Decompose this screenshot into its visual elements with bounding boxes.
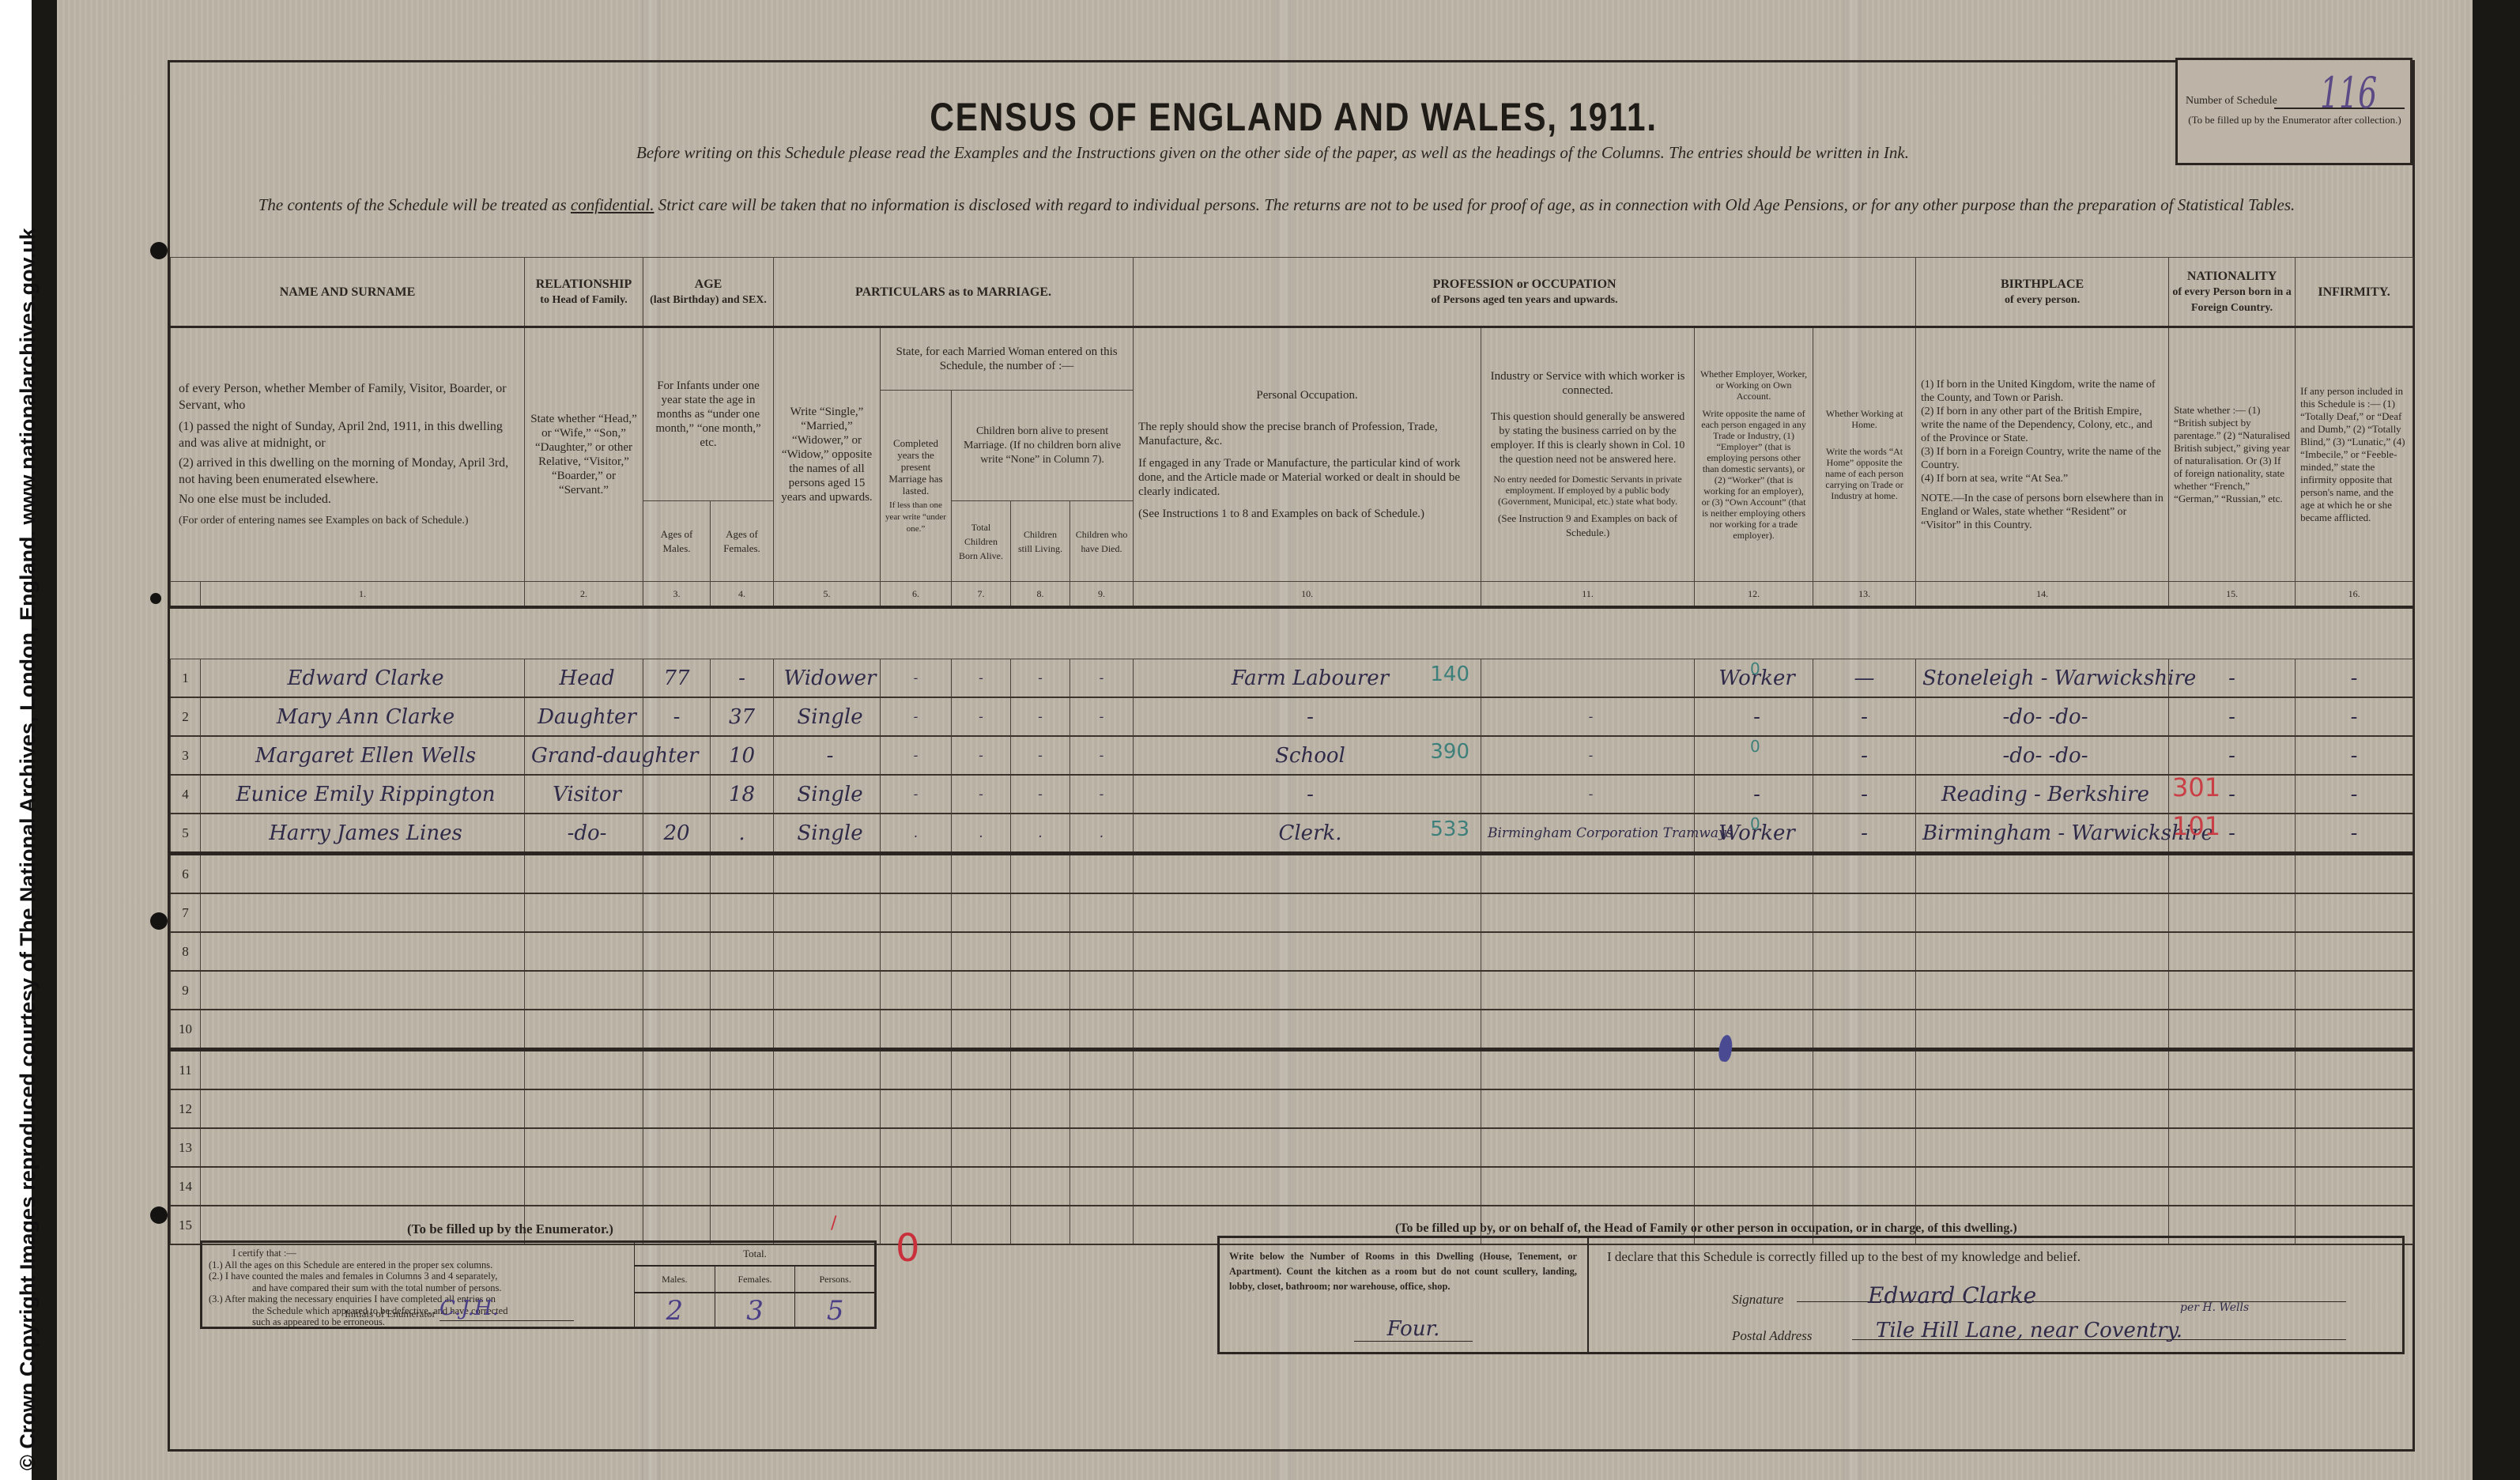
punch-hole-icon (150, 912, 168, 930)
table-row: 14 (171, 1167, 2413, 1206)
cell-home: - (1813, 814, 1916, 854)
cell-nationality (2169, 1050, 2296, 1090)
cell-name (201, 1050, 525, 1090)
cell-nationality (2169, 1010, 2296, 1050)
cell-condition: Widower (774, 659, 881, 698)
declaration-box: Write below the Number of Rooms in this … (1217, 1236, 2405, 1354)
cell-c7 (952, 1206, 1011, 1244)
cell-c6 (881, 1167, 952, 1206)
table-row: 10 (171, 1010, 2413, 1050)
col-condition-desc: Write “Single,” “Married,” “Widower,” or… (774, 327, 881, 582)
copyright-watermark: © Crown Copyright Images reproduced cour… (16, 228, 40, 1471)
table-row: 12 (171, 1089, 2413, 1128)
cell-c8 (1011, 1050, 1070, 1090)
cell-age-m: 77 (643, 659, 711, 698)
col-name-desc: of every Person, whether Member of Famil… (171, 327, 525, 582)
cell-condition (774, 1206, 881, 1244)
cell-relationship: Visitor (525, 775, 643, 814)
col-age-title: AGE(last Birthday) and SEX. (643, 258, 774, 327)
col-age-males-desc: Ages of Males. (643, 501, 711, 582)
cell-occupation (1134, 1167, 1481, 1206)
cell-age-f: 18 (711, 775, 774, 814)
declaration-text: I declare that this Schedule is correctl… (1607, 1249, 2081, 1265)
cell-c6: - (881, 736, 952, 775)
cell-c7: . (952, 814, 1011, 854)
cell-home (1813, 1010, 1916, 1050)
table-row: 4Eunice Emily RippingtonVisitor18Single-… (171, 775, 2413, 814)
row-number: 4 (171, 775, 201, 814)
cell-occupation (1134, 971, 1481, 1010)
cell-nationality (2169, 1167, 2296, 1206)
cell-infirmity (2296, 932, 2413, 971)
cell-age-m: - (643, 697, 711, 736)
cell-nationality: -101 (2169, 814, 2296, 854)
cell-name (201, 1128, 525, 1167)
household-entries: 1Edward ClarkeHead77-Widower----Farm Lab… (170, 659, 2413, 1245)
table-row: 9 (171, 971, 2413, 1010)
cell-infirmity (2296, 854, 2413, 894)
cell-relationship (525, 1010, 643, 1050)
form-title: CENSUS OF ENGLAND AND WALES, 1911. (338, 94, 2249, 140)
rooms-count-value: Four. (1354, 1317, 1473, 1342)
col-children-living-desc: Children still Living. (1011, 501, 1070, 582)
cell-employer: 0 (1695, 736, 1813, 775)
cell-c7 (952, 1050, 1011, 1090)
cell-age-f (711, 1128, 774, 1167)
cell-c6 (881, 1050, 952, 1090)
cell-industry (1481, 854, 1695, 894)
cell-infirmity (2296, 971, 2413, 1010)
cell-c6: - (881, 697, 952, 736)
household-section-title: (To be filled up by, or on behalf of, th… (1395, 1221, 2017, 1236)
cell-c9 (1070, 1050, 1134, 1090)
cell-c6 (881, 971, 952, 1010)
cell-age-f (711, 893, 774, 932)
col-nationality-desc: State whether :— (1) “British subject by… (2169, 327, 2296, 582)
schedule-number-box: Number of Schedule 116 (To be filled up … (2175, 58, 2412, 165)
cell-industry (1481, 971, 1695, 1010)
cell-employer (1695, 1010, 1813, 1050)
cell-c7 (952, 854, 1011, 894)
cell-industry: - (1481, 775, 1695, 814)
schedule-number-value: 116 (2320, 68, 2377, 118)
cell-infirmity: - (2296, 697, 2413, 736)
enumerator-initials-value: C.J.H. (439, 1297, 574, 1321)
cell-age-m (643, 775, 711, 814)
cell-c9 (1070, 893, 1134, 932)
cell-industry: Birmingham Corporation Tramways (1481, 814, 1695, 854)
cell-infirmity (2296, 1128, 2413, 1167)
row-number: 7 (171, 893, 201, 932)
red-zero-mark: 0 (896, 1226, 920, 1270)
cell-c6: - (881, 775, 952, 814)
cell-infirmity (2296, 1167, 2413, 1206)
row-number: 5 (171, 814, 201, 854)
cell-age-f (711, 1010, 774, 1050)
row-number: 10 (171, 1010, 201, 1050)
cell-c9 (1070, 971, 1134, 1010)
cell-employer: Worker0 (1695, 659, 1813, 698)
census-form: CENSUS OF ENGLAND AND WALES, 1911. Befor… (168, 60, 2415, 1452)
cell-c7 (952, 1089, 1011, 1128)
signature-value: Edward Clarke (1868, 1282, 2036, 1308)
cell-condition (774, 1167, 881, 1206)
cell-age-m (643, 1206, 711, 1244)
cell-nationality (2169, 932, 2296, 971)
cell-birthplace: Reading - Berkshire (1916, 775, 2169, 814)
cell-c8 (1011, 1089, 1070, 1128)
cell-c8 (1011, 1167, 1070, 1206)
column-subtitle-row: of every Person, whether Member of Famil… (171, 327, 2413, 391)
cell-c8 (1011, 893, 1070, 932)
cell-employer (1695, 854, 1813, 894)
cell-c9: - (1070, 736, 1134, 775)
cell-nationality (2169, 971, 2296, 1010)
col-industry-desc: Industry or Service with which worker is… (1481, 327, 1695, 582)
nationality-code: 301 (2172, 772, 2220, 802)
cell-name: Eunice Emily Rippington (201, 775, 525, 814)
cell-age-m (643, 1167, 711, 1206)
col-age-females-desc: Ages of Females. (711, 501, 774, 582)
cell-age-m: 20 (643, 814, 711, 854)
row-number: 15 (171, 1206, 201, 1244)
cell-birthplace (1916, 854, 2169, 894)
cell-birthplace (1916, 893, 2169, 932)
cell-age-m (643, 932, 711, 971)
cell-occupation (1134, 1128, 1481, 1167)
cell-employer (1695, 1167, 1813, 1206)
confidential-word: confidential. (571, 195, 655, 214)
cell-home: - (1813, 697, 1916, 736)
cell-relationship (525, 1167, 643, 1206)
total-females: 3 (715, 1293, 795, 1328)
cell-nationality: - (2169, 697, 2296, 736)
cell-c9: . (1070, 814, 1134, 854)
cell-occupation (1134, 1010, 1481, 1050)
table-row: 7 (171, 893, 2413, 932)
col-nationality-title: NATIONALITYof every Person born in a For… (2169, 258, 2296, 327)
row-number: 13 (171, 1128, 201, 1167)
cell-employer: - (1695, 775, 1813, 814)
punch-hole-icon (150, 1206, 168, 1224)
cell-c7 (952, 932, 1011, 971)
cell-age-f: 10 (711, 736, 774, 775)
cell-c8 (1011, 1206, 1070, 1244)
punch-hole-icon (150, 593, 161, 604)
col-infirmity-title: INFIRMITY. (2296, 258, 2413, 327)
row-number: 1 (171, 659, 201, 698)
cell-nationality: - (2169, 736, 2296, 775)
cell-birthplace: -do- -do- (1916, 736, 2169, 775)
postal-address-value: Tile Hill Lane, near Coventry. (1876, 1319, 2182, 1342)
total-persons: 5 (795, 1293, 875, 1328)
cell-nationality (2169, 893, 2296, 932)
cell-birthplace (1916, 1010, 2169, 1050)
occupation-code: 390 (1430, 740, 1469, 764)
table-row: 5Harry James Lines-do-20.Single....Clerk… (171, 814, 2413, 854)
cell-home (1813, 971, 1916, 1010)
cell-industry: - (1481, 736, 1695, 775)
cell-age-f (711, 932, 774, 971)
cell-c7: - (952, 697, 1011, 736)
cell-infirmity (2296, 1010, 2413, 1050)
cell-employer (1695, 1128, 1813, 1167)
cell-infirmity (2296, 893, 2413, 932)
col-occupation-title: PROFESSION or OCCUPATIONof Persons aged … (1134, 258, 1916, 327)
cell-c9 (1070, 1167, 1134, 1206)
cell-condition (774, 893, 881, 932)
table-row: 2Mary Ann ClarkeDaughter-37Single-------… (171, 697, 2413, 736)
red-tick-mark: / (831, 1214, 836, 1233)
cell-c9: - (1070, 659, 1134, 698)
cell-c8: - (1011, 659, 1070, 698)
cell-name (201, 1167, 525, 1206)
col-employer-desc: Whether Employer, Worker, or Working on … (1695, 327, 1813, 582)
col-home-desc: Whether Working at Home. Write the words… (1813, 327, 1916, 582)
row-number: 11 (171, 1050, 201, 1090)
cell-c7: - (952, 736, 1011, 775)
cell-industry (1481, 659, 1695, 698)
rooms-count-box: Write below the Number of Rooms in this … (1220, 1238, 1589, 1352)
cell-occupation: - (1134, 697, 1481, 736)
table-row: 11 (171, 1050, 2413, 1090)
enumerator-certificate: I certify that :— (1.) All the ages on t… (200, 1240, 877, 1329)
cell-name: Mary Ann Clarke (201, 697, 525, 736)
cell-c9 (1070, 932, 1134, 971)
cell-home (1813, 1050, 1916, 1090)
cell-relationship (525, 932, 643, 971)
col-relationship-desc: State whether “Head,” or “Wife,” “Son,” … (525, 327, 643, 582)
row-number: 12 (171, 1089, 201, 1128)
cell-c7 (952, 1010, 1011, 1050)
household-table: NAME AND SURNAME RELATIONSHIPto Head of … (170, 257, 2413, 609)
cell-name (201, 1010, 525, 1050)
cell-name (201, 1089, 525, 1128)
cell-c7 (952, 1167, 1011, 1206)
table-row: 8 (171, 932, 2413, 971)
cell-birthplace (1916, 1089, 2169, 1128)
cell-c8 (1011, 1128, 1070, 1167)
cell-home (1813, 932, 1916, 971)
cell-relationship: Grand-daughter (525, 736, 643, 775)
cell-employer (1695, 932, 1813, 971)
cell-birthplace (1916, 971, 2169, 1010)
table-row: 13 (171, 1128, 2413, 1167)
cell-birthplace (1916, 932, 2169, 971)
cell-industry (1481, 1010, 1695, 1050)
cell-relationship (525, 1128, 643, 1167)
cell-home: — (1813, 659, 1916, 698)
cell-c6: - (881, 659, 952, 698)
cell-c6 (881, 932, 952, 971)
cell-occupation (1134, 893, 1481, 932)
col-completed-years-desc: Completed years the present Marriage has… (881, 391, 952, 582)
cell-occupation: - (1134, 775, 1481, 814)
cell-birthplace (1916, 1128, 2169, 1167)
employer-code: 0 (1750, 659, 1760, 678)
total-males: 2 (635, 1293, 715, 1328)
cell-c9 (1070, 1128, 1134, 1167)
cell-occupation: School390 (1134, 736, 1481, 775)
employer-code: 0 (1750, 737, 1760, 756)
row-number: 9 (171, 971, 201, 1010)
cell-nationality: - (2169, 659, 2296, 698)
cell-age-m (643, 893, 711, 932)
cell-c8 (1011, 1010, 1070, 1050)
cell-age-f: - (711, 659, 774, 698)
col-personal-occupation-desc: Personal Occupation. The reply should sh… (1134, 327, 1481, 582)
cell-c9: - (1070, 697, 1134, 736)
cell-age-m (643, 1089, 711, 1128)
cell-c7 (952, 971, 1011, 1010)
cell-industry (1481, 1050, 1695, 1090)
cell-c8: - (1011, 775, 1070, 814)
cell-age-m (643, 1050, 711, 1090)
cell-employer (1695, 1050, 1813, 1090)
cell-birthplace (1916, 1050, 2169, 1090)
cell-relationship: Head (525, 659, 643, 698)
cell-condition (774, 1010, 881, 1050)
cell-c8: . (1011, 814, 1070, 854)
cell-relationship (525, 1089, 643, 1128)
cell-name: Margaret Ellen Wells (201, 736, 525, 775)
cell-birthplace (1916, 1167, 2169, 1206)
signature-label: Signature (1732, 1292, 1783, 1308)
cell-condition: Single (774, 775, 881, 814)
cell-infirmity: - (2296, 659, 2413, 698)
cell-age-m (643, 1128, 711, 1167)
cell-name: Edward Clarke (201, 659, 525, 698)
cell-employer: Worker0 (1695, 814, 1813, 854)
cell-c8 (1011, 971, 1070, 1010)
cell-name (201, 893, 525, 932)
cell-condition (774, 1128, 881, 1167)
cell-occupation (1134, 1050, 1481, 1090)
cell-name (201, 854, 525, 894)
cell-occupation: Clerk.533 (1134, 814, 1481, 854)
cell-c7 (952, 1128, 1011, 1167)
cell-c6 (881, 1128, 952, 1167)
cell-c8: - (1011, 697, 1070, 736)
cell-age-f (711, 971, 774, 1010)
occupation-code: 533 (1430, 817, 1469, 841)
postal-address-label: Postal Address (1732, 1328, 1813, 1344)
cell-age-m (643, 1010, 711, 1050)
cell-occupation: Farm Labourer140 (1134, 659, 1481, 698)
cell-c7 (952, 893, 1011, 932)
cell-relationship (525, 893, 643, 932)
cell-c9 (1070, 854, 1134, 894)
cell-condition (774, 854, 881, 894)
row-number: 14 (171, 1167, 201, 1206)
col-total-children-desc: Total Children Born Alive. (952, 501, 1011, 582)
left-margin: © Crown Copyright Images reproduced cour… (0, 0, 32, 1480)
col-birthplace-desc: (1) If born in the United Kingdom, write… (1916, 327, 2169, 582)
col-relationship-title: RELATIONSHIPto Head of Family. (525, 258, 643, 327)
cell-age-f: . (711, 814, 774, 854)
table-row: 3Margaret Ellen WellsGrand-daughter10---… (171, 736, 2413, 775)
cell-birthplace: Stoneleigh - Warwickshire (1916, 659, 2169, 698)
col-infirmity-desc: If any person included in this Schedule … (2296, 327, 2413, 582)
cell-industry (1481, 932, 1695, 971)
row-number: 6 (171, 854, 201, 894)
cell-relationship (525, 1050, 643, 1090)
cell-industry (1481, 1167, 1695, 1206)
cell-birthplace: Birmingham - Warwickshire (1916, 814, 2169, 854)
cell-industry: - (1481, 697, 1695, 736)
col-marriage-title: PARTICULARS as to MARRIAGE. (774, 258, 1134, 327)
cell-industry (1481, 1089, 1695, 1128)
cell-infirmity: - (2296, 736, 2413, 775)
cell-infirmity (2296, 1089, 2413, 1128)
table-row: 6 (171, 854, 2413, 894)
punch-hole-icon (150, 242, 168, 259)
cell-industry (1481, 1128, 1695, 1167)
cell-c7: - (952, 775, 1011, 814)
cell-c6 (881, 854, 952, 894)
cell-name: Harry James Lines (201, 814, 525, 854)
cell-relationship (525, 854, 643, 894)
cell-home (1813, 854, 1916, 894)
cell-infirmity: - (2296, 775, 2413, 814)
cell-home: - (1813, 736, 1916, 775)
cell-condition: Single (774, 814, 881, 854)
cell-relationship: Daughter (525, 697, 643, 736)
row-number: 8 (171, 932, 201, 971)
cell-birthplace: -do- -do- (1916, 697, 2169, 736)
cell-home: - (1813, 775, 1916, 814)
cell-infirmity (2296, 1050, 2413, 1090)
cell-employer (1695, 1089, 1813, 1128)
cell-name (201, 932, 525, 971)
cell-c6: . (881, 814, 952, 854)
cell-employer (1695, 971, 1813, 1010)
cell-c8 (1011, 932, 1070, 971)
cell-condition: - (774, 736, 881, 775)
row-number: 3 (171, 736, 201, 775)
confidentiality-notice: The contents of the Schedule will be tre… (186, 192, 2367, 217)
cell-nationality (2169, 1128, 2296, 1167)
cell-c6 (881, 1010, 952, 1050)
cell-c7: - (952, 659, 1011, 698)
cell-home (1813, 893, 1916, 932)
column-number-row: 1. 2. 3. 4. 5. 6. 7. 8. 9. 10. 11. 12. 1… (171, 582, 2413, 608)
cell-nationality (2169, 854, 2296, 894)
cell-c9 (1070, 1089, 1134, 1128)
cell-relationship: -do- (525, 814, 643, 854)
cell-c8 (1011, 854, 1070, 894)
enumerator-section-title: (To be filled up by the Enumerator.) (407, 1221, 613, 1237)
cell-home (1813, 1089, 1916, 1128)
employer-code: 0 (1750, 814, 1760, 833)
col-children-died-desc: Children who have Died. (1070, 501, 1134, 582)
form-instruction: Before writing on this Schedule please r… (170, 143, 2375, 163)
col-birthplace-title: BIRTHPLACEof every person. (1916, 258, 2169, 327)
table-row: 1Edward ClarkeHead77-Widower----Farm Lab… (171, 659, 2413, 698)
cell-age-f (711, 854, 774, 894)
cell-condition: Single (774, 697, 881, 736)
cell-age-m (643, 736, 711, 775)
row-number: 2 (171, 697, 201, 736)
occupation-code: 140 (1430, 663, 1469, 686)
cell-occupation (1134, 1089, 1481, 1128)
cell-condition (774, 1089, 881, 1128)
cell-home (1813, 1167, 1916, 1206)
cell-c9 (1070, 1206, 1134, 1244)
cell-name (201, 971, 525, 1010)
cell-home (1813, 1128, 1916, 1167)
cell-age-f: 37 (711, 697, 774, 736)
